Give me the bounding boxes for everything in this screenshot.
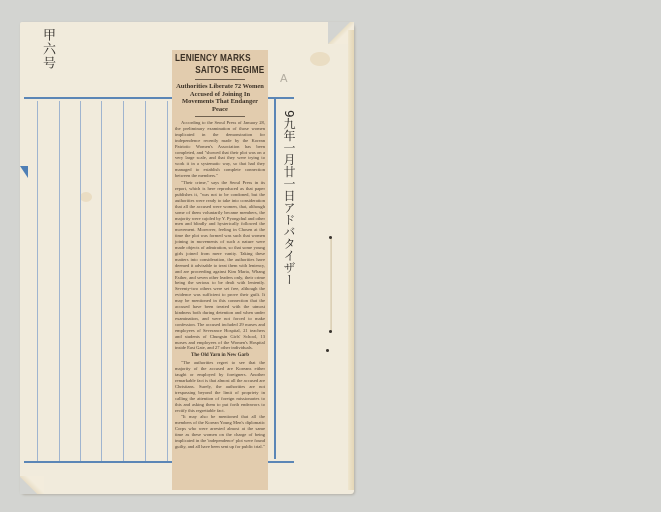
binding-hole (329, 330, 332, 333)
grid-line (37, 101, 38, 461)
grid-line (59, 101, 60, 461)
paragraph: According to the Seoul Press of January … (175, 120, 265, 179)
grid-border-right (274, 99, 276, 459)
pencil-mark: A (280, 72, 288, 85)
newspaper-clipping: LENIENCY MARKS SAITO'S REGIME Authoritie… (172, 50, 268, 490)
handwritten-date-annotation: 9九年一月廿一日アドバタイザー (278, 110, 296, 286)
subhead-rule (195, 116, 245, 117)
manuscript-page: 甲六号 A 9九年一月廿一日アドバタイザー LENIENCY MARKS SAI… (20, 22, 354, 494)
paragraph: "The authorities regret to see that the … (175, 360, 265, 413)
binding-crease (330, 237, 332, 332)
clipping-headline: LENIENCY MARKS SAITO'S REGIME (175, 52, 265, 76)
handwritten-label-top-left: 甲六号 (34, 28, 54, 70)
grid-line (167, 101, 168, 461)
headline-rule (195, 79, 245, 80)
grid-line (80, 101, 81, 461)
clipping-subhead: Authorities Liberate 72 Women Accused of… (175, 83, 265, 113)
binding-hole (326, 349, 329, 352)
headline-line-2: SAITO'S REGIME (175, 64, 265, 76)
section-heading: The Old Yarn in New Garb (175, 353, 265, 359)
grid-line (123, 101, 124, 461)
paper-stain (310, 52, 330, 66)
clipping-body: According to the Seoul Press of January … (175, 120, 265, 450)
grid-line (101, 101, 102, 461)
headline-line-1: LENIENCY MARKS (175, 52, 251, 64)
binding-hole (329, 236, 332, 239)
grid-line (145, 101, 146, 461)
paragraph: "It may also be mentioned that all the m… (175, 414, 265, 449)
paragraph: "Their crime," says the Seoul Press in i… (175, 180, 265, 351)
folded-corner-bottom-left (20, 476, 44, 494)
page-edge (348, 30, 354, 490)
